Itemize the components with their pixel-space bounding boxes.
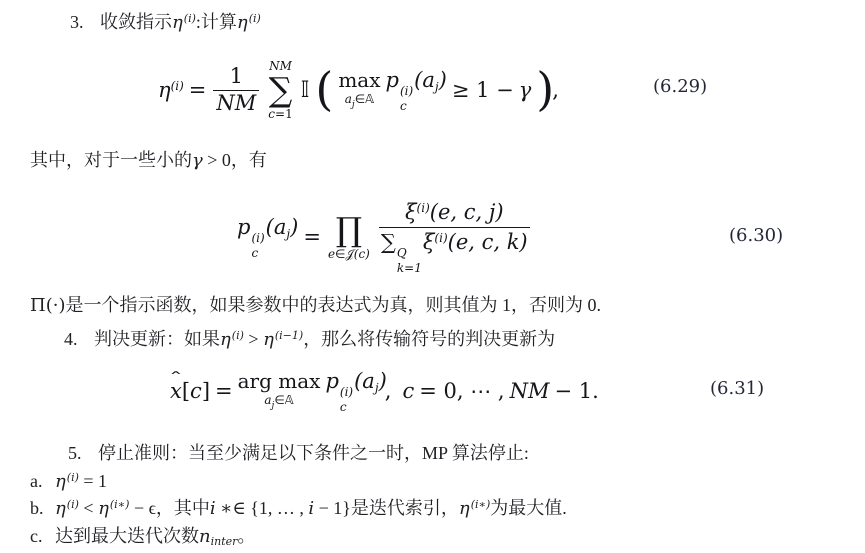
equals-sign: = [215, 379, 233, 403]
superscript: (i) [417, 201, 430, 215]
math-a: a [362, 369, 375, 393]
text-run: − ϵ，其中 [129, 498, 209, 518]
math-p: p [237, 215, 250, 239]
math-eta: η [55, 471, 66, 492]
superscript: (i) [340, 386, 353, 398]
text-run: = 0, ⋯ , [419, 379, 504, 403]
math-n: n [199, 526, 211, 547]
text-run: 判决更新：如果 [94, 329, 220, 349]
sup-sub-stack: (i)c [251, 232, 264, 258]
max-operator: maxaj∈𝔸 [338, 70, 380, 110]
text-run: 停止准则：当至少满足以下条件之一时，MP 算法停止: [98, 443, 529, 463]
equation-number-629: (6.29) [653, 76, 707, 97]
right-paren: ) [290, 215, 298, 239]
in-alphabet: ∈𝔸 [274, 393, 293, 407]
text-run: − 1}是迭代索引， [314, 498, 459, 518]
left-paren: ( [315, 70, 333, 109]
text-run: 为最大值. [490, 498, 567, 518]
superscript: (i) [67, 471, 79, 484]
numerator: 1 [227, 64, 246, 89]
right-paren: ) [439, 68, 447, 92]
superscript: (i) [400, 85, 413, 97]
math-eta: η [220, 329, 231, 350]
left-paren: ( [266, 215, 274, 239]
paragraph: Π(·)是一个指示函数，如果参数中的表达式为真，则其值为 1，否则为 0. [30, 294, 601, 317]
math-gamma: γ [519, 78, 532, 102]
math-args: (e, c, j) [430, 200, 504, 224]
script-j: 𝒥 [346, 247, 354, 261]
paragraph: 其中，对于一些小的γ > 0，有 [30, 149, 267, 172]
list-item-b: b.η(i) < η(i∗) − ϵ，其中i ∗∈ {1, … , i − 1}… [30, 497, 567, 520]
comma: , [385, 379, 392, 403]
superscript: (i) [184, 12, 196, 25]
text-run: 收敛指示 [100, 12, 172, 32]
superscript: (i−1) [275, 329, 303, 342]
item-letter: b. [30, 497, 55, 520]
math-a: a [422, 68, 435, 92]
superscript: (i) [249, 12, 261, 25]
math-eta: η [158, 78, 171, 102]
document-page: 3.收敛指示η(i):计算η(i) η(i) = 1NM NM∑c=1 𝕀 ( … [0, 0, 865, 553]
text-run: ，那么将传输符号的判决更新为 [303, 329, 555, 349]
math-xi: ξ [405, 200, 417, 224]
math-eta: η [98, 498, 109, 519]
math-args: (e, c, k) [448, 230, 528, 254]
p-term: p(i)c(aj) [237, 215, 298, 258]
math-p: p [386, 68, 399, 92]
text-run: 其中，对于一些小的 [30, 150, 192, 170]
lower-limit: k=1 [397, 262, 422, 274]
math-eta: η [172, 12, 183, 33]
text-run: ∗∈ {1, … , [216, 498, 309, 518]
denominator: NM [213, 90, 259, 116]
math-a: a [264, 393, 271, 407]
text-run: > 0，有 [203, 150, 267, 170]
pi-symbol: Π(·) [30, 295, 65, 316]
fraction: ξ(i)(e, c, j)∑Qk=1ξ(i)(e, c, k) [379, 200, 530, 274]
text-run: 。 [237, 526, 255, 546]
x-hat: xˆ [170, 379, 182, 403]
equation-number-631: (6.31) [710, 378, 764, 399]
text-run: − 1. [554, 379, 598, 403]
superscript: (i) [434, 231, 447, 245]
text-run: < [79, 498, 98, 518]
item-number: 5. [68, 442, 98, 465]
p-term: p(i)c(aj) [325, 369, 386, 412]
product-operator: ∏e∈𝒥(c) [328, 214, 370, 259]
superscript: (i) [232, 329, 244, 342]
equals-sign: = [189, 78, 207, 102]
math-c: c [190, 379, 202, 403]
superscript: (i) [251, 232, 264, 244]
denominator: ∑Qk=1ξ(i)(e, c, k) [379, 227, 530, 273]
text-run: 达到最大迭代次数 [55, 526, 199, 546]
math-eta: η [459, 498, 470, 519]
item-number: 4. [64, 328, 94, 351]
equation-number-630: (6.30) [729, 225, 783, 246]
sum-limits: Qk=1 [397, 247, 422, 273]
equation-630: p(i)c(aj) = ∏e∈𝒥(c) ξ(i)(e, c, j)∑Qk=1ξ(… [237, 202, 532, 272]
equals-sign: = [303, 225, 321, 249]
fraction: 1NM [213, 64, 259, 115]
math-eta: η [237, 12, 248, 33]
summation-operator: NM∑c=1 [268, 60, 292, 119]
math-a: a [274, 215, 287, 239]
eq-lhs: η(i) [158, 78, 184, 102]
math-gamma: γ [192, 150, 203, 171]
item-letter: a. [30, 470, 55, 493]
subscript: c [340, 401, 347, 413]
sup-sub-stack: (i)c [340, 386, 353, 412]
argmax-word: arg max [238, 371, 321, 391]
element-of: ∈ [335, 247, 345, 261]
hat-icon: ˆ [165, 371, 188, 386]
sigma-icon: ∑ [381, 230, 396, 254]
math-eta: η [263, 329, 274, 350]
math-c: c [402, 379, 414, 403]
list-item-a: a.η(i) = 1 [30, 470, 107, 493]
comma: , [552, 78, 559, 102]
xhat-term: xˆ[c] [170, 379, 210, 403]
list-item-3: 3.收敛指示η(i):计算η(i) [70, 11, 261, 34]
subscript: c [251, 247, 258, 259]
subscript: inter [211, 535, 238, 548]
list-item-5: 5.停止准则：当至少满足以下条件之一时，MP 算法停止: [68, 442, 529, 465]
indicator-function-symbol: 𝕀 [301, 78, 310, 103]
math-a: a [345, 92, 352, 106]
numerator: ξ(i)(e, c, j) [399, 200, 510, 227]
product-lower-limit: e∈𝒥(c) [328, 248, 370, 260]
superscript: (i) [67, 498, 79, 511]
item-number: 3. [70, 11, 100, 34]
max-word: max [338, 70, 380, 90]
sum-lower-limit: c=1 [268, 108, 292, 120]
text-run: :计算 [196, 12, 237, 32]
math-e: e [328, 247, 335, 261]
relation: ≥ 1 − [452, 78, 514, 102]
equation-631: xˆ[c] = arg maxaj∈𝔸 p(i)c(aj) , c = 0, ⋯… [170, 366, 599, 416]
text-run: = 1 [79, 471, 107, 491]
item-letter: c. [30, 525, 55, 548]
right-bracket: ] [202, 379, 210, 403]
equation-629: η(i) = 1NM NM∑c=1 𝕀 ( maxaj∈𝔸 p(i)c(aj) … [158, 46, 559, 134]
superscript: (i) [171, 79, 184, 93]
argmax-limit: aj∈𝔸 [264, 394, 293, 411]
math-xi: ξ [423, 230, 435, 254]
sup-sub-stack: (i)c [400, 85, 413, 111]
list-item-c: c.达到最大迭代次数ninter。 [30, 525, 255, 549]
text-run: =1 [275, 107, 293, 121]
argmax-operator: arg maxaj∈𝔸 [238, 371, 321, 411]
in-alphabet: ∈𝔸 [355, 92, 374, 106]
superscript: (i∗) [110, 498, 130, 511]
sigma-icon: ∑ [269, 74, 293, 105]
text-run: 是一个指示函数，如果参数中的表达式为真，则其值为 1，否则为 0. [65, 295, 601, 315]
math-nm: NM [510, 379, 550, 403]
pi-icon: ∏ [336, 214, 362, 245]
max-limit: aj∈𝔸 [345, 93, 374, 110]
math-p: p [325, 369, 338, 393]
math-nm: NM [216, 91, 256, 115]
upper-limit: Q [397, 247, 407, 259]
math-eta: η [55, 498, 66, 519]
math-args: (c) [354, 247, 370, 261]
subscript: c [400, 100, 407, 112]
p-term: p(i)c(aj) [386, 68, 447, 111]
text-run: > [244, 329, 263, 349]
superscript: (i∗) [471, 498, 491, 511]
list-item-4: 4.判决更新：如果η(i) > η(i−1)，那么将传输符号的判决更新为 [64, 328, 555, 351]
